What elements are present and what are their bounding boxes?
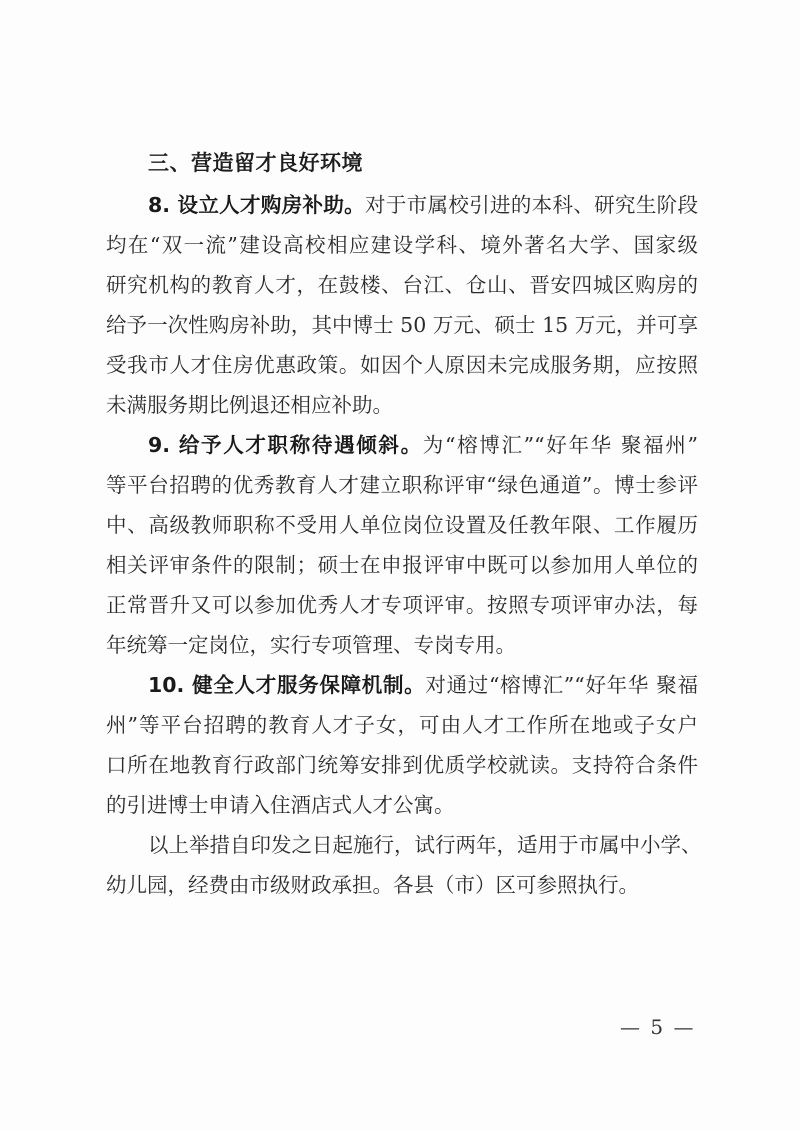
closing-first-line: 以上举措自印发之日起施行，试行两年，适用于市属中小学、 (148, 833, 698, 857)
item-8-line: 均在“双一流”建设高校相应建设学科、境外著名大学、国家级 (106, 233, 698, 257)
item-10-first-line: 10. 健全人才服务保障机制。对通过“榕博汇”“好年华 聚福 (148, 673, 698, 697)
item-9-line: 正常晋升又可以参加优秀人才专项评审。按照专项评审办法，每 (106, 593, 698, 617)
item-9-title: 9. 给予人才职称待遇倾斜。 (148, 433, 423, 457)
item-9-text: 为“榕博汇”“好年华 聚福州” (423, 433, 698, 457)
item-10-line: 的引进博士申请入住酒店式人才公寓。 (106, 793, 698, 817)
item-9-first-line: 9. 给予人才职称待遇倾斜。为“榕博汇”“好年华 聚福州” (148, 433, 698, 457)
item-8-title: 8. 设立人才购房补助。 (148, 193, 365, 217)
item-9-line: 等平台招聘的优秀教育人才建立职称评审“绿色通道”。博士参评 (106, 473, 698, 497)
item-10-text: 对通过“榕博汇”“好年华 聚福 (425, 673, 698, 697)
item-9-line: 中、高级教师职称不受用人单位岗位设置及任教年限、工作履历 (106, 513, 698, 537)
closing-line: 幼儿园，经费由市级财政承担。各县（市）区可参照执行。 (106, 873, 698, 897)
page-number: — 5 — (620, 1015, 695, 1039)
item-8-line: 给予一次性购房补助，其中博士 50 万元、硕士 15 万元，并可享 (106, 313, 698, 337)
item-8-line: 未满服务期比例退还相应补助。 (106, 393, 698, 417)
item-9-line: 年统筹一定岗位，实行专项管理、专岗专用。 (106, 633, 698, 657)
item-10-line: 口所在地教育行政部门统筹安排到优质学校就读。支持符合条件 (106, 753, 698, 777)
item-9-line: 相关评审条件的限制；硕士在申报评审中既可以参加用人单位的 (106, 553, 698, 577)
item-8-first-line: 8. 设立人才购房补助。对于市属校引进的本科、研究生阶段 (148, 193, 698, 217)
document-page: 三、营造留才良好环境 8. 设立人才购房补助。对于市属校引进的本科、研究生阶段 … (0, 0, 800, 1131)
item-8-text: 对于市属校引进的本科、研究生阶段 (365, 193, 698, 217)
section-heading: 三、营造留才良好环境 (148, 151, 363, 175)
item-8-line: 研究机构的教育人才，在鼓楼、台江、仓山、晋安四城区购房的 (106, 273, 698, 297)
item-10-title: 10. 健全人才服务保障机制。 (148, 673, 425, 697)
item-10-line: 州”等平台招聘的教育人才子女，可由人才工作所在地或子女户 (106, 713, 698, 737)
item-8-line: 受我市人才住房优惠政策。如因个人原因未完成服务期，应按照 (106, 353, 698, 377)
